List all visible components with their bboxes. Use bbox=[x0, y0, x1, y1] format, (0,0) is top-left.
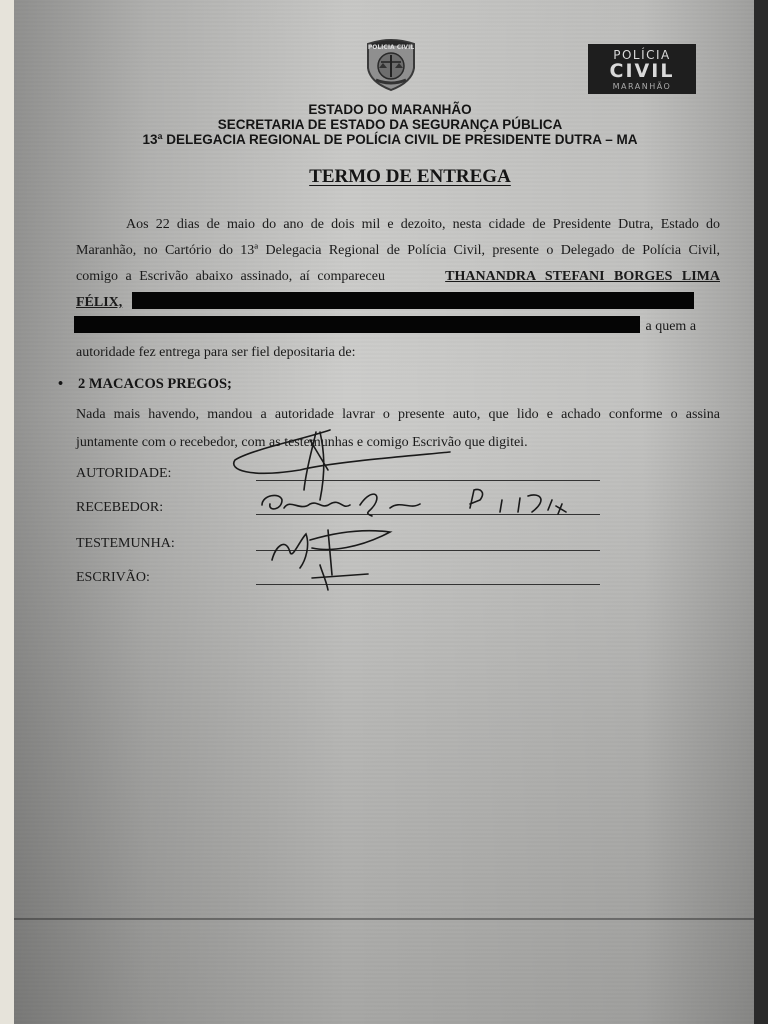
redacted-block bbox=[74, 316, 640, 333]
background-edge bbox=[0, 0, 14, 1024]
signature-label: AUTORIDADE: bbox=[76, 466, 171, 482]
signature-line bbox=[256, 480, 600, 481]
signature-label: RECEBEDOR: bbox=[76, 500, 163, 516]
logo-line-3: MARANHÃO bbox=[588, 83, 696, 91]
signature-line bbox=[256, 584, 600, 585]
paragraph-1-line-5: a quem a bbox=[76, 316, 720, 334]
document-title: TERMO DE ENTREGA bbox=[60, 166, 760, 188]
signature-row-receiver: RECEBEDOR: bbox=[76, 498, 616, 518]
paper-fold-line bbox=[14, 918, 754, 920]
paragraph-2-line-1: Nada mais havendo, mandou a autoridade l… bbox=[76, 408, 720, 422]
paragraph-1-line-3: comigo a Escrivão abaixo assinado, aí co… bbox=[76, 270, 720, 284]
background-shadow bbox=[754, 0, 768, 1024]
appearance-text: comigo a Escrivão abaixo assinado, aí co… bbox=[76, 270, 385, 284]
signature-row-clerk: ESCRIVÃO: bbox=[76, 568, 616, 588]
police-crest-icon: POLICIA CIVIL bbox=[362, 38, 420, 92]
list-item: 2 MACACOS PREGOS; bbox=[78, 376, 232, 392]
header-precinct: 13ª DELEGACIA REGIONAL DE POLÍCIA CIVIL … bbox=[60, 132, 720, 147]
recipient-name-cont: FÉLIX, bbox=[76, 295, 122, 310]
document-header: ESTADO DO MARANHÃO SECRETARIA DE ESTADO … bbox=[60, 102, 720, 147]
signature-line bbox=[256, 550, 600, 551]
signature-row-witness: TESTEMUNHA: bbox=[76, 534, 616, 554]
signature-line bbox=[256, 514, 600, 515]
signature-label: TESTEMUNHA: bbox=[76, 536, 175, 552]
logo-line-2: CIVIL bbox=[588, 62, 696, 81]
item-list: •2 MACACOS PREGOS; bbox=[58, 376, 232, 393]
header-secretariat: SECRETARIA DE ESTADO DA SEGURANÇA PÚBLIC… bbox=[60, 117, 720, 132]
paragraph-1-line-6: autoridade fez entrega para ser fiel dep… bbox=[76, 346, 720, 360]
signature-label: ESCRIVÃO: bbox=[76, 570, 150, 586]
paragraph-2-line-2: juntamente com o recebedor, com as teste… bbox=[76, 436, 720, 450]
paragraph-1-line-2: Maranhão, no Cartório do 13ª Delegacia R… bbox=[76, 244, 720, 258]
svg-text:POLICIA CIVIL: POLICIA CIVIL bbox=[368, 44, 414, 51]
header-state: ESTADO DO MARANHÃO bbox=[60, 102, 720, 117]
paragraph-1-line-4: FÉLIX, bbox=[76, 292, 720, 310]
recipient-clause: a quem a bbox=[646, 319, 697, 334]
bullet-icon: • bbox=[58, 376, 78, 393]
recipient-name: THANANDRA STEFANI BORGES LIMA bbox=[445, 270, 720, 284]
paragraph-1-line-1: Aos 22 dias de maio do ano de dois mil e… bbox=[76, 218, 720, 232]
signature-row-authority: AUTORIDADE: bbox=[76, 464, 616, 484]
policia-civil-logo: POLÍCIA CIVIL MARANHÃO bbox=[588, 44, 696, 94]
redacted-block bbox=[132, 292, 694, 309]
